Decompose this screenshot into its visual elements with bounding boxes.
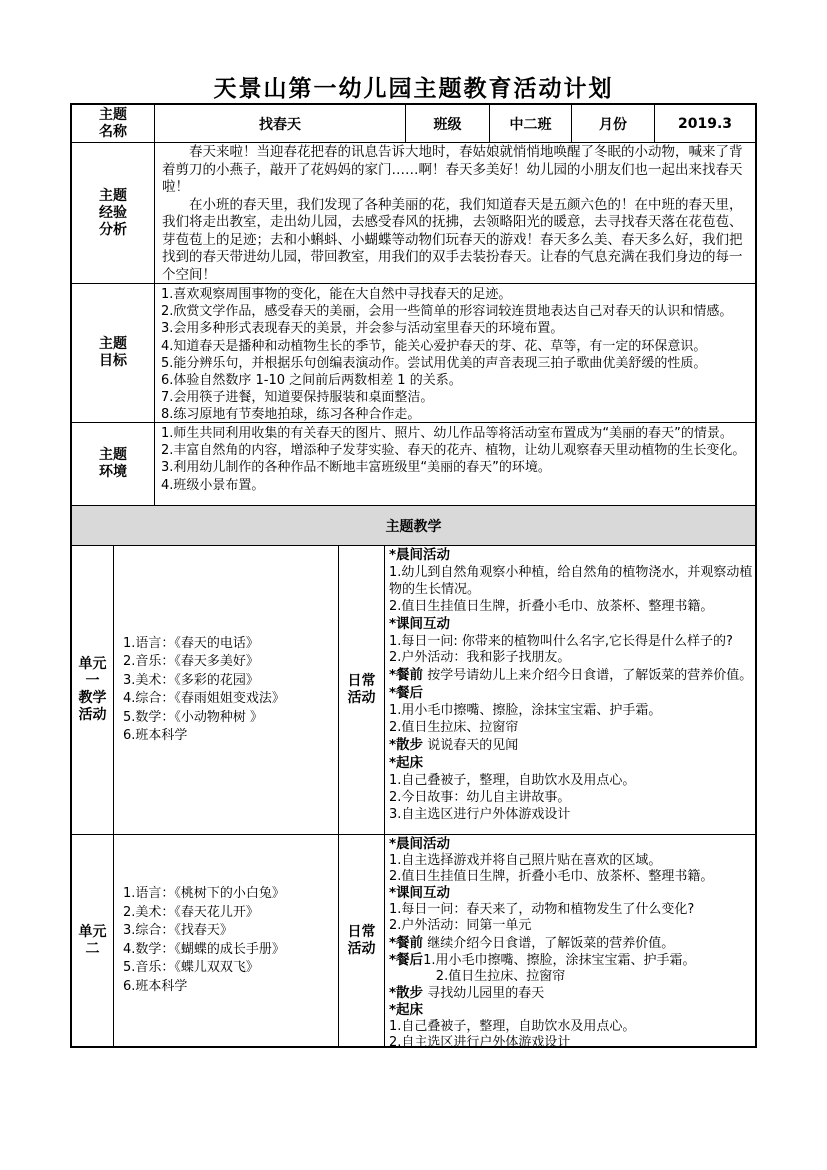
environment-content: 1.师生共同利用收集的有关春天的图片、照片、幼儿作品等将活动室布置成为“美丽的春… bbox=[155, 423, 755, 505]
month-value: 2019.3 bbox=[655, 105, 755, 142]
unit2-daily-label-text: 日常 活动 bbox=[348, 924, 376, 958]
text-line: 1.自主选择游戏并将自己照片贴在喜欢的区域。 bbox=[389, 853, 753, 869]
activity-plan-table: 主题 名称 找春天 班级 中二班 月份 2019.3 主题 经验 分析 春天来啦… bbox=[70, 103, 757, 1048]
text-line: 1.幼儿到自然角观察小种植，给自然角的植物浇水，并观察动植物的生长情况。 bbox=[389, 565, 753, 599]
text-line: 1.每日一问: 你带来的植物叫什么名字,它长得是什么样子的? bbox=[389, 634, 753, 651]
unit1-label: 单元 一 教学 活动 bbox=[72, 546, 114, 834]
document-title: 天景山第一幼儿园主题教育活动计划 bbox=[0, 70, 827, 103]
unit2-label-text: 单元 二 bbox=[79, 924, 107, 958]
text-line: *课间互动 bbox=[389, 885, 753, 902]
text-line: 1.自己叠被子，整理，自助饮水及用点心。 bbox=[389, 773, 753, 790]
text-line: *餐前 继续介绍今日食谱，了解饭菜的营养价值。 bbox=[389, 935, 753, 952]
text-line: 3.自主选区进行户外体游戏设计 bbox=[389, 807, 753, 824]
text-line: *散步 说说春天的见闻 bbox=[389, 737, 753, 755]
text-line: *餐后 bbox=[389, 685, 753, 703]
text-line: *起床 bbox=[389, 755, 753, 773]
analysis-row: 主题 经验 分析 春天来啦！当迎春花把春的讯息告诉大地时，春姑娘就悄悄地唤醒了冬… bbox=[72, 143, 755, 284]
analysis-paragraph: 春天来啦！当迎春花把春的讯息告诉大地时，春姑娘就悄悄地唤醒了冬眠的小动物，喊来了… bbox=[162, 144, 749, 197]
text-line: *餐前 按学号请幼儿上来介绍今日食谱，了解饭菜的营养价值。 bbox=[389, 667, 753, 685]
unit1-courses-list: 1.语言：《春天的电话》 2.音乐：《春天多美好》 3.美术：《多彩的花园》 4… bbox=[114, 635, 285, 746]
text-line: 1.用小毛巾擦嘴、擦脸，涂抹宝宝霜、护手霜。 bbox=[389, 703, 753, 720]
unit2-daily-label: 日常 活动 bbox=[339, 835, 385, 1046]
unit2-label: 单元 二 bbox=[72, 835, 114, 1046]
unit1-daily-label-text: 日常 活动 bbox=[348, 673, 376, 707]
text-line: *课间互动 bbox=[389, 616, 753, 634]
analysis-label: 主题 经验 分析 bbox=[72, 143, 155, 283]
text-line: *晨间活动 bbox=[389, 836, 753, 853]
text-line: 1.每日一问：春天来了，动物和植物发生了什么变化? bbox=[389, 902, 753, 918]
environment-label: 主题 环境 bbox=[72, 423, 155, 505]
goals-label-text: 主题 目标 bbox=[99, 336, 127, 370]
goals-row: 主题 目标 1.喜欢观察周围事物的变化，能在大自然中寻找春天的足迹。 2.欣赏文… bbox=[72, 284, 755, 423]
environment-row: 主题 环境 1.师生共同利用收集的有关春天的图片、照片、幼儿作品等将活动室布置成… bbox=[72, 423, 755, 506]
text-line: 2.值日生拉床、拉窗帘 bbox=[389, 720, 753, 737]
class-value: 中二班 bbox=[490, 105, 572, 142]
text-line: *散步 寻找幼儿园里的春天 bbox=[389, 985, 753, 1002]
unit2-row: 单元 二 1.语言：《桃树下的小白兔》 2.美术：《春天花儿开》 3.综合：《找… bbox=[72, 835, 755, 1046]
theme-name-label: 主题 名称 bbox=[72, 105, 155, 142]
teaching-section-title: 主题教学 bbox=[72, 506, 755, 545]
unit2-courses-list: 1.语言：《桃树下的小白兔》 2.美术：《春天花儿开》 3.综合：《找春天》 4… bbox=[114, 885, 285, 996]
unit1-label-text: 单元 一 教学 活动 bbox=[79, 656, 107, 724]
unit1-courses-cell: 1.语言：《春天的电话》 2.音乐：《春天多美好》 3.美术：《多彩的花园》 4… bbox=[114, 546, 339, 834]
text-line: 2.值日生挂值日生牌，折叠小毛巾、放茶杯、整理书籍。 bbox=[389, 869, 753, 885]
class-label: 班级 bbox=[406, 105, 490, 142]
analysis-paragraph: 在小班的春天里，我们发现了各种美丽的花，我们知道春天是五颜六色的！在中班的春天里… bbox=[162, 197, 749, 284]
text-line: 1.自己叠被子，整理，自助饮水及用点心。 bbox=[389, 1019, 753, 1035]
unit1-daily-content: *晨间活动1.幼儿到自然角观察小种植，给自然角的植物浇水，并观察动植物的生长情况… bbox=[385, 546, 755, 834]
theme-name-label-text: 主题 名称 bbox=[99, 107, 127, 141]
analysis-content: 春天来啦！当迎春花把春的讯息告诉大地时，春姑娘就悄悄地唤醒了冬眠的小动物，喊来了… bbox=[155, 143, 755, 283]
text-line: 2.值日生挂值日生牌，折叠小毛巾、放茶杯、整理书籍。 bbox=[389, 599, 753, 616]
text-line: *起床 bbox=[389, 1002, 753, 1019]
unit2-courses-cell: 1.语言：《桃树下的小白兔》 2.美术：《春天花儿开》 3.综合：《找春天》 4… bbox=[114, 835, 339, 1046]
unit1-row: 单元 一 教学 活动 1.语言：《春天的电话》 2.音乐：《春天多美好》 3.美… bbox=[72, 546, 755, 835]
table-header-row: 主题 名称 找春天 班级 中二班 月份 2019.3 bbox=[72, 105, 755, 143]
text-line: 2.今日故事：幼儿自主讲故事。 bbox=[389, 790, 753, 807]
text-line: 2.户外活动：同第一单元 bbox=[389, 918, 753, 934]
text-line: *餐后1.用小毛巾擦嘴、擦脸，涂抹宝宝霜、护手霜。 bbox=[389, 952, 753, 969]
goals-content: 1.喜欢观察周围事物的变化，能在大自然中寻找春天的足迹。 2.欣赏文学作品，感受… bbox=[155, 284, 755, 422]
analysis-label-text: 主题 经验 分析 bbox=[99, 188, 127, 239]
text-line: 2.户外活动：我和影子找朋友。 bbox=[389, 650, 753, 667]
goals-label: 主题 目标 bbox=[72, 284, 155, 422]
text-line: *晨间活动 bbox=[389, 547, 753, 565]
document-page: 天景山第一幼儿园主题教育活动计划 主题 名称 找春天 班级 中二班 月份 201… bbox=[0, 0, 827, 1170]
unit1-daily-label: 日常 活动 bbox=[339, 546, 385, 834]
environment-label-text: 主题 环境 bbox=[99, 447, 127, 481]
unit2-daily-content: *晨间活动1.自主选择游戏并将自己照片贴在喜欢的区域。2.值日生挂值日生牌，折叠… bbox=[385, 835, 755, 1046]
text-line: 2.自主选区进行户外体游戏设计 bbox=[389, 1035, 753, 1046]
theme-name-value: 找春天 bbox=[155, 105, 406, 142]
text-line: 2.值日生拉床、拉窗帘 bbox=[389, 969, 753, 985]
month-label: 月份 bbox=[572, 105, 655, 142]
teaching-section-header-row: 主题教学 bbox=[72, 506, 755, 546]
